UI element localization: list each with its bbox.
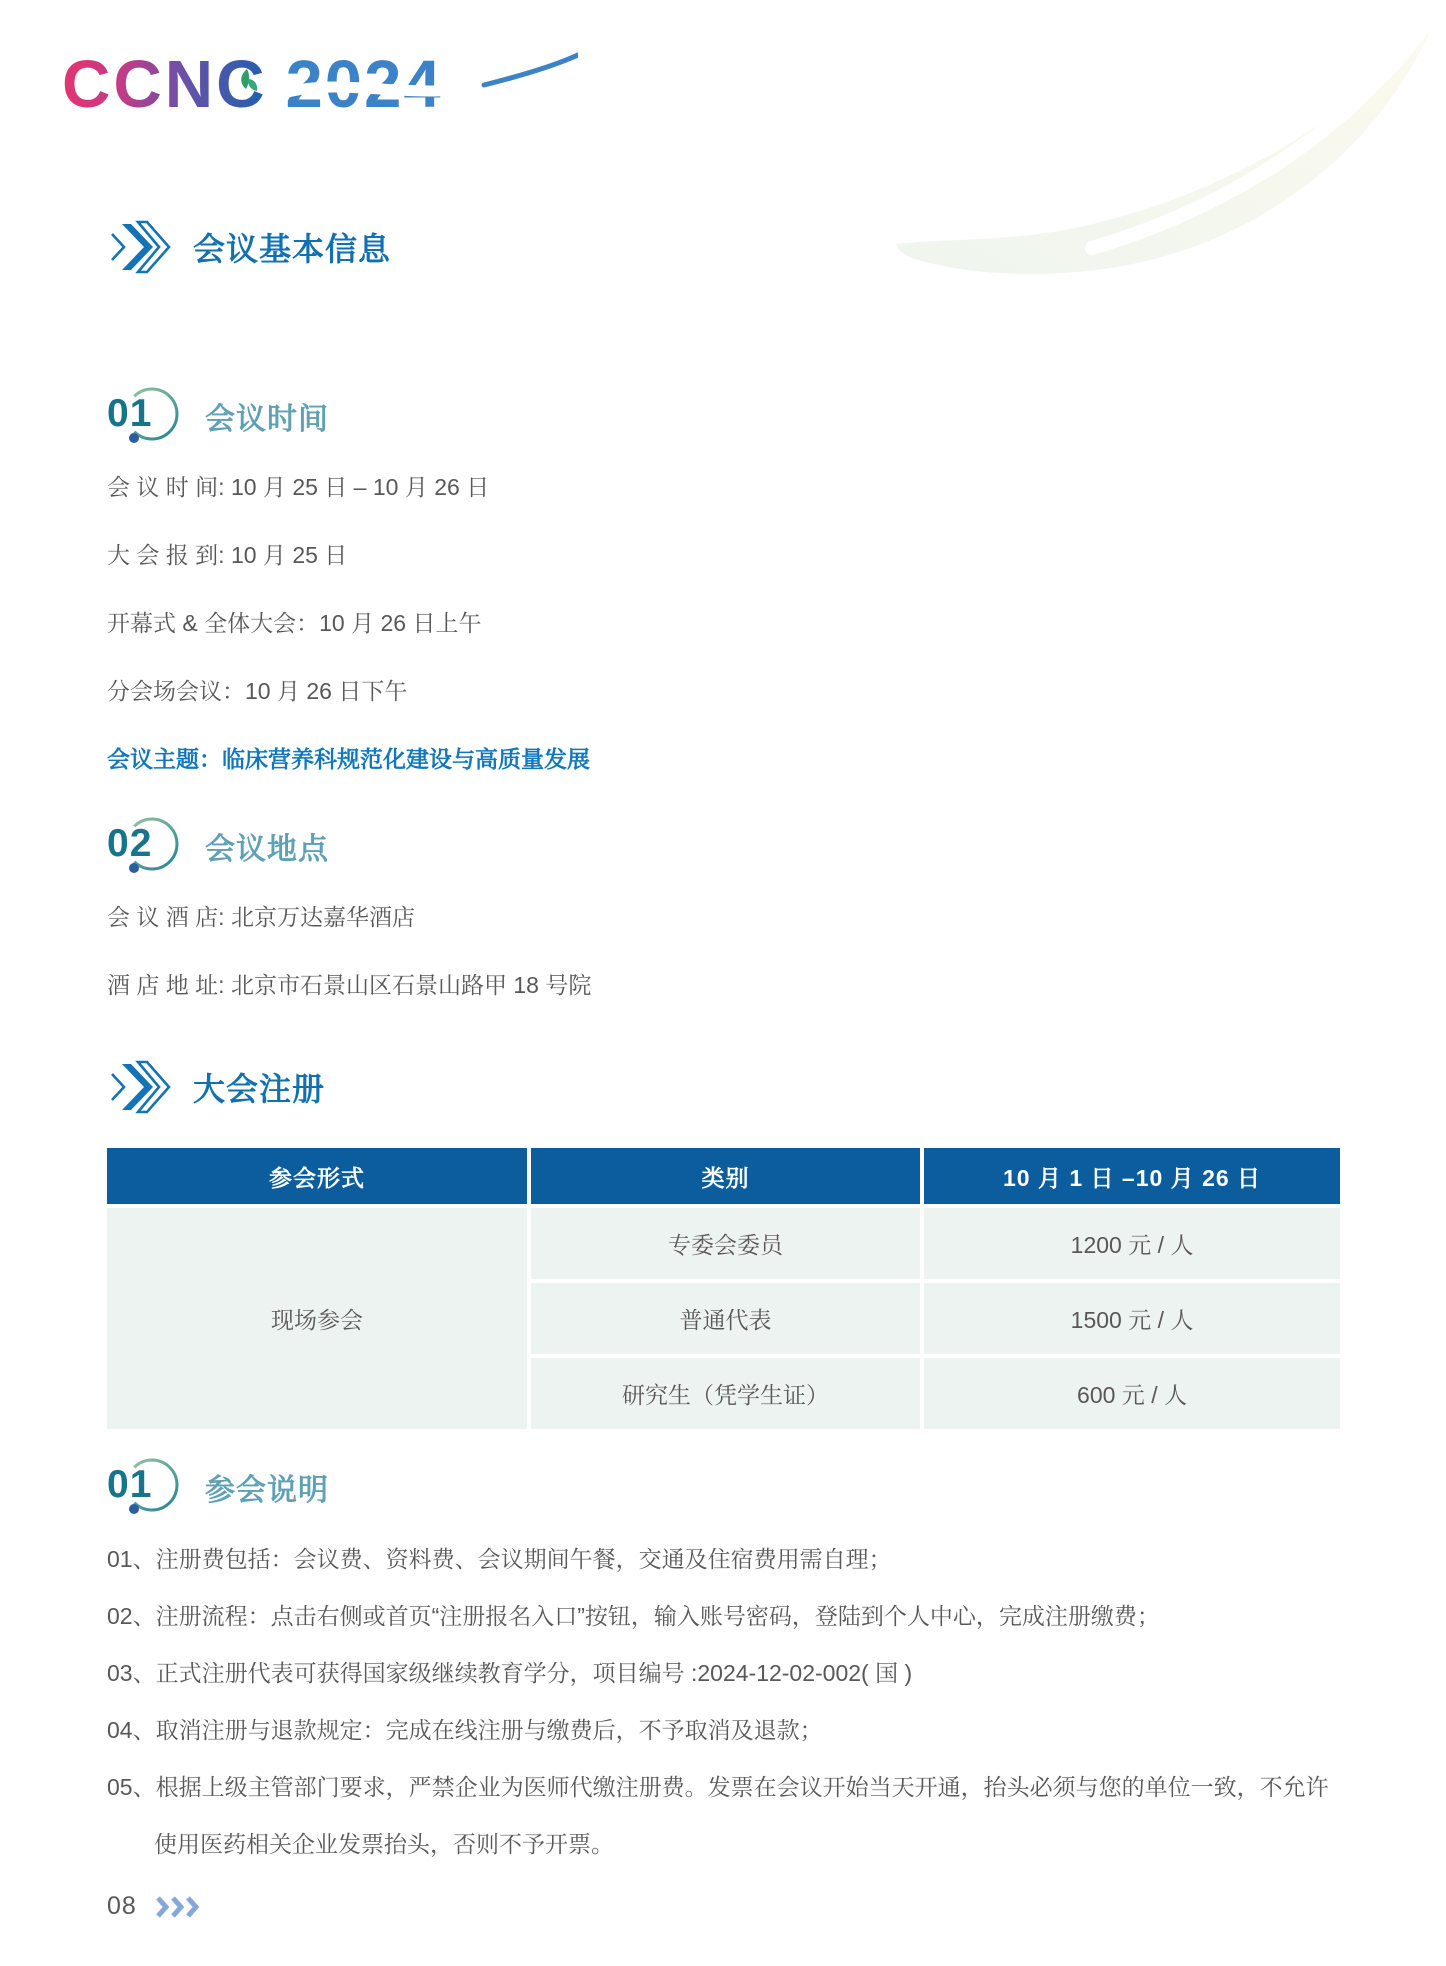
note-item: 04、取消注册与退款规定：完成在线注册与缴费后，不予取消及退款；: [107, 1702, 1340, 1759]
subsection-venue-header: 02 会议地点: [107, 812, 1340, 880]
chevrons-icon: [107, 1060, 171, 1114]
footer-chevrons-icon: [155, 1896, 207, 1918]
table-header-cell: 10 月 1 日 –10 月 26 日: [924, 1148, 1340, 1204]
table-category-cell: 普通代表: [531, 1283, 920, 1354]
info-line: 会 议 时 间: 10 月 25 日 – 10 月 26 日: [107, 474, 1340, 500]
table-header-cell: 参会形式: [107, 1148, 527, 1204]
section-title-registration: 大会注册: [107, 1060, 1340, 1114]
table-category-cell: 研究生（凭学生证）: [531, 1358, 920, 1429]
page-content: 会议基本信息 01 会议时间 会 议 时 间: 10 月 25 日 – 10 月…: [0, 220, 1446, 1873]
footer: 08: [107, 1892, 207, 1921]
subsection-title: 会议时间: [205, 394, 329, 438]
table-price-cell: 1500 元 / 人: [924, 1283, 1340, 1354]
info-line: 分会场会议：10 月 26 日下午: [107, 678, 1340, 704]
venue-lines: 会 议 酒 店: 北京万达嘉华酒店 酒 店 地 址: 北京市石景山区石景山路甲 …: [107, 904, 1340, 998]
subsection-number: 01: [107, 394, 152, 433]
info-line: 酒 店 地 址: 北京市石景山区石景山路甲 18 号院: [107, 972, 1340, 998]
page-number: 08: [107, 1892, 137, 1921]
logo-leaf-icon: [234, 67, 260, 97]
table-category-cell: 专委会委员: [531, 1208, 920, 1279]
subsection-number: 02: [107, 824, 152, 863]
info-line: 会 议 酒 店: 北京万达嘉华酒店: [107, 904, 1340, 930]
subsection-time-header: 01 会议时间: [107, 382, 1340, 450]
subsection-number-badge: 02: [107, 812, 185, 880]
time-lines: 会 议 时 间: 10 月 25 日 – 10 月 26 日 大 会 报 到: …: [107, 474, 1340, 772]
chevrons-icon: [107, 220, 171, 274]
subsection-number-badge: 01: [107, 382, 185, 450]
notes-list: 01、注册费包括：会议费、资料费、会议期间午餐，交通及住宿费用需自理； 02、注…: [107, 1531, 1340, 1873]
info-line: 大 会 报 到: 10 月 25 日: [107, 542, 1340, 568]
subsection-number-badge: 01: [107, 1453, 185, 1521]
theme-line: 会议主题：临床营养科规范化建设与高质量发展: [107, 746, 1340, 772]
logo-year: 2024: [286, 51, 443, 118]
section-title-text: 会议基本信息: [193, 224, 391, 270]
logo-brand: CCNC: [62, 51, 268, 118]
note-item: 02、注册流程：点击右侧或首页“注册报名入口”按钮，输入账号密码，登陆到个人中心…: [107, 1588, 1340, 1645]
subsection-title: 会议地点: [205, 824, 329, 868]
logo-year-text: 2024: [286, 47, 443, 122]
section-title-text: 大会注册: [193, 1064, 325, 1110]
table-price-cell: 600 元 / 人: [924, 1358, 1340, 1429]
subsection-notes-header: 01 参会说明: [107, 1453, 1340, 1521]
table-header-cell: 类别: [531, 1148, 920, 1204]
logo: CCNC 2024: [0, 0, 1446, 118]
note-item: 01、注册费包括：会议费、资料费、会议期间午餐，交通及住宿费用需自理；: [107, 1531, 1340, 1588]
info-line: 开幕式 & 全体大会：10 月 26 日上午: [107, 610, 1340, 636]
subsection-number: 01: [107, 1465, 152, 1504]
table-group-cell: 现场参会: [107, 1208, 527, 1429]
note-item: 03、正式注册代表可获得国家级继续教育学分，项目编号 :2024-12-02-0…: [107, 1645, 1340, 1702]
section-title-info: 会议基本信息: [107, 220, 1340, 274]
registration-table: 参会形式 类别 10 月 1 日 –10 月 26 日 现场参会 专委会委员 1…: [107, 1148, 1340, 1429]
subsection-title: 参会说明: [205, 1465, 329, 1509]
page: { "logo": { "brand": "CCNC", "year": "20…: [0, 0, 1446, 1966]
table-price-cell: 1200 元 / 人: [924, 1208, 1340, 1279]
note-item: 05、根据上级主管部门要求，严禁企业为医师代缴注册费。发票在会议开始当天开通，抬…: [107, 1759, 1340, 1873]
